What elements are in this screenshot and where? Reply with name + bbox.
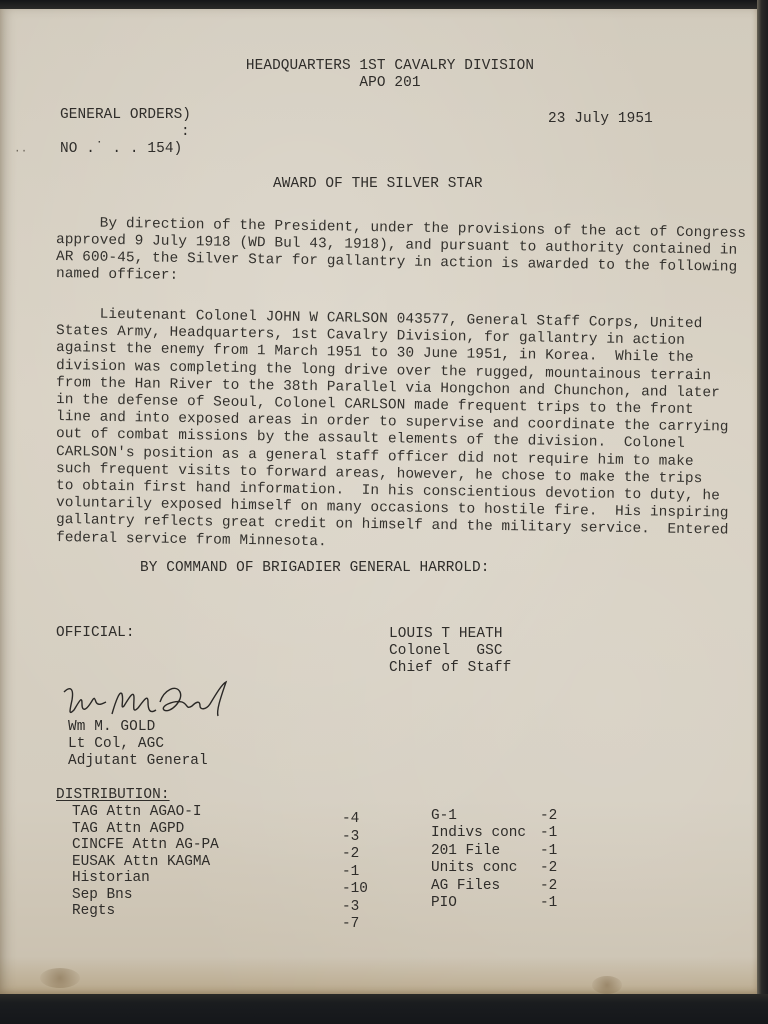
distribution-count: -2 [540, 808, 557, 825]
distribution-count: -7 [342, 916, 359, 933]
distribution-count: -2 [540, 860, 557, 877]
distribution-recipient: TAG Attn AGPD [72, 821, 184, 838]
distribution-count: -3 [342, 829, 359, 846]
chief-of-staff-rank: Colonel GSC [389, 643, 503, 660]
distribution-count: -4 [342, 811, 359, 828]
distribution-recipient: Indivs conc [431, 825, 526, 842]
signer-title: Adjutant General [68, 753, 208, 770]
signer-rank: Lt Col, AGC [68, 736, 164, 753]
distribution-recipient: Sep Bns [72, 887, 132, 904]
header-line-1: HEADQUARTERS 1ST CAVALRY DIVISION [0, 58, 768, 75]
distribution-count: -2 [540, 878, 557, 895]
distribution-recipient: AG Files [431, 878, 500, 895]
distribution-recipient: CINCFE Attn AG-PA [72, 837, 219, 854]
distribution-count: -1 [342, 864, 359, 881]
header-line-2: APO 201 [0, 75, 768, 92]
distribution-recipient: G-1 [431, 808, 457, 825]
order-colon: : [181, 124, 190, 141]
paragraph-line: federal service from Minnesota. [56, 530, 327, 551]
distribution-recipient: PIO [431, 895, 457, 912]
distribution-count: -3 [342, 899, 359, 916]
frame-bottom-edge [0, 994, 768, 1024]
frame-top-edge [0, 0, 768, 9]
distribution-count: -2 [342, 846, 359, 863]
distribution-count: -1 [540, 825, 557, 842]
document-page: HEADQUARTERS 1ST CAVALRY DIVISION APO 20… [0, 8, 757, 996]
order-margin-mark: ·· [14, 144, 27, 161]
general-orders-label: GENERAL ORDERS) [60, 107, 191, 124]
distribution-recipient: Regts [72, 903, 115, 920]
order-number: NO .˙ . . 154) [60, 141, 182, 158]
official-label: OFFICIAL: [56, 625, 135, 642]
distribution-count: -1 [540, 895, 557, 912]
paper-stain [40, 968, 80, 988]
document-title: AWARD OF THE SILVER STAR [273, 176, 483, 193]
paragraph-line: named officer: [56, 266, 179, 285]
distribution-recipient: TAG Attn AGAO-I [72, 804, 202, 821]
distribution-recipient: Units conc [431, 860, 517, 877]
chief-of-staff-name: LOUIS T HEATH [389, 626, 503, 643]
chief-of-staff-title: Chief of Staff [389, 660, 511, 677]
command-line: BY COMMAND OF BRIGADIER GENERAL HARROLD: [140, 560, 489, 577]
paper-stain [592, 976, 622, 994]
distribution-recipient: 201 File [431, 843, 500, 860]
distribution-recipient: EUSAK Attn KAGMA [72, 854, 210, 871]
distribution-count: -1 [540, 843, 557, 860]
distribution-recipient: Historian [72, 870, 150, 887]
order-date: 23 July 1951 [548, 111, 653, 128]
distribution-label: DISTRIBUTION: [56, 787, 170, 804]
distribution-count: -10 [342, 881, 368, 898]
frame-right-edge [757, 0, 768, 1024]
signer-name: Wm M. GOLD [68, 719, 155, 736]
